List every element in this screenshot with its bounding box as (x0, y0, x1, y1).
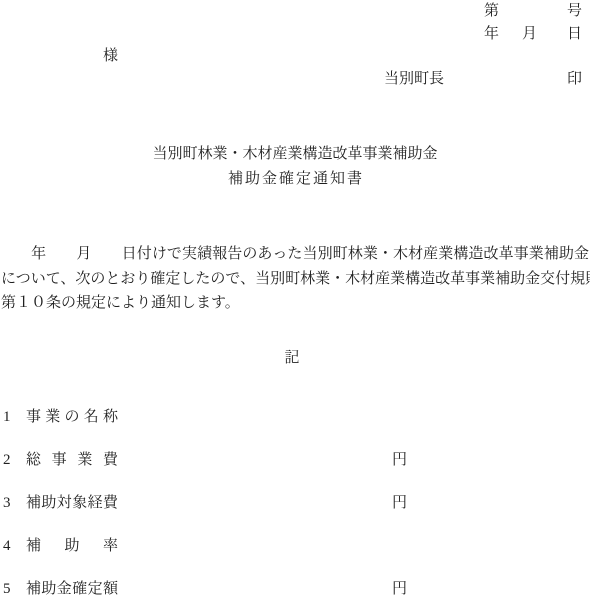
item-number: 4 (3, 538, 11, 555)
seal-mark: 印 (567, 71, 582, 88)
body-paragraph: 年 月 日付けで実績報告のあった当別町林業・木材産業構造改革事業補助金 について… (1, 242, 589, 316)
body-line-3: 第１０条の規定により通知します。 (1, 291, 589, 316)
ki-marker: 記 (0, 350, 584, 367)
item-label: 事業の名称 (26, 409, 118, 426)
item-unit: 円 (392, 581, 407, 597)
body-line-1: 年 月 日付けで実績報告のあった当別町林業・木材産業構造改革事業補助金 (1, 242, 589, 267)
item-row-3: 3 補助対象経費 円 (0, 495, 590, 512)
sender-title: 当別町長 (384, 71, 444, 88)
item-label: 総事業費 (26, 452, 118, 469)
recipient-honorific: 様 (103, 48, 118, 65)
document-page: 第 号 年 月 日 様 当別町長 印 当別町林業・木材産業構造改革事業補助金 補… (0, 0, 590, 597)
item-label: 補助対象経費 (26, 495, 118, 512)
item-number: 2 (3, 452, 11, 469)
date-day-label: 日 (567, 26, 582, 43)
doc-number-prefix: 第 (484, 3, 499, 20)
item-unit: 円 (392, 452, 407, 469)
item-label: 補助率 (26, 538, 118, 555)
item-row-1: 1 事業の名称 (0, 409, 590, 426)
item-number: 3 (3, 495, 11, 512)
body-line-2: について、次のとおり確定したので、当別町林業・木材産業構造改革事業補助金交付規則 (1, 267, 589, 292)
item-number: 5 (3, 581, 11, 597)
date-month-label: 月 (522, 26, 537, 43)
document-title-line1: 当別町林業・木材産業構造改革事業補助金 (0, 146, 590, 163)
doc-number-suffix: 号 (567, 3, 582, 20)
item-row-4: 4 補助率 (0, 538, 590, 555)
document-title-line2: 補助金確定通知書 (0, 171, 590, 188)
date-year-label: 年 (484, 26, 499, 43)
item-number: 1 (3, 409, 11, 426)
item-row-5: 5 補助金確定額 円 (0, 581, 590, 597)
item-label: 補助金確定額 (26, 581, 118, 597)
item-unit: 円 (392, 495, 407, 512)
item-row-2: 2 総事業費 円 (0, 452, 590, 469)
